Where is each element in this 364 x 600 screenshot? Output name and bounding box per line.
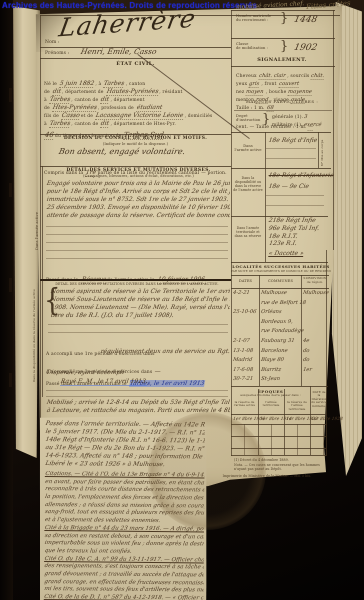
loc-bottom-rule <box>231 386 328 387</box>
blank-line <box>266 205 324 206</box>
etat-civil-title: ÉTAT CIVIL. <box>40 61 231 67</box>
corps-rule-bottom <box>231 262 328 263</box>
services-margin-rule <box>42 166 43 280</box>
margin-label-armee-active: Dans l'armée active <box>35 212 39 250</box>
loc-head-rule2 <box>231 288 329 289</box>
degre-militaire-value: exercé <box>304 122 322 128</box>
blank-line <box>266 195 324 196</box>
epoques-col2: l'armée territoriale <box>259 401 283 408</box>
footnote-2: Nota. — Ces cases ne concernent que les … <box>234 463 326 471</box>
services-title: DÉTAIL DES SERVICES ET MUTATIONS DIVERSE… <box>46 168 231 173</box>
decision-rule-bottom <box>40 166 231 167</box>
heavy-divider <box>40 279 231 281</box>
epoques-value-4: 1er 8bre 1928 <box>311 417 343 422</box>
ep-sub-vrule-3 <box>297 424 298 455</box>
decision-subtitle: (Indiquer le motif de la dispense.) <box>40 142 231 146</box>
matricule-value: 1448 <box>293 15 318 25</box>
footnote-1: (1) Décret du 4 décembre 1889. <box>234 458 326 462</box>
blank-line <box>46 390 228 391</box>
ep-sub-vrule-4 <box>323 424 324 455</box>
corps-dispo-value1: 18e Régt d'Infanterie <box>268 172 334 179</box>
ep-vrule-2 <box>284 389 285 455</box>
corps-rule-2 <box>231 168 331 169</box>
periode1-line2: régulièrement deux ans de service au Rgt… <box>100 348 231 355</box>
epoques-date-header: DATE de la libération du service militai… <box>311 391 327 408</box>
scanned-military-register-page: Nom : Laherrère Prénoms : Henri, Émile, … <box>0 0 364 600</box>
services-subtitle: (Campagnes, blessures, actions d'éclat, … <box>46 174 231 178</box>
localites-title: LOCALITÉS SUCCESSIVES HABITÉES <box>231 264 331 269</box>
ep-rule-1 <box>231 414 326 415</box>
frame-left <box>40 15 41 423</box>
prenoms-underline <box>40 58 231 59</box>
stitch-mark <box>9 373 12 387</box>
blank-line <box>266 158 316 159</box>
ep-vrule-1 <box>258 389 259 455</box>
signalement-lines: Cheveuxchât. clair, sourcilschât. yeuxgr… <box>236 62 332 102</box>
degre-militaire-label: militaire (1). <box>272 123 303 128</box>
localites-table-rows: 4-2-21MulhouseMulhouse rue de Belfort 18… <box>231 290 329 386</box>
ep-rule-bottom <box>231 455 326 456</box>
etat-civil-lines: Né le5 juin 1882, àTarbes, canton dedit,… <box>44 70 230 132</box>
blank-line <box>48 332 228 333</box>
corps-terr-values: 218e Régt Infie 96e Régt Tal Inf. 18e R.… <box>268 217 318 258</box>
classe-value: 1902 <box>293 43 318 53</box>
reserve-lines: Nommé aspirant de réserve à la Cie Terri… <box>50 288 230 320</box>
brace-glyph: } <box>262 112 270 127</box>
firstnames-handwritten: Henri, Émile, Casso <box>80 47 157 56</box>
blank-line <box>46 250 228 251</box>
services-lines: Engagé volontaire pour trois ans à la Ma… <box>46 180 230 220</box>
blank-line <box>46 396 228 397</box>
blank-line <box>48 324 228 325</box>
stitch-mark <box>9 88 12 102</box>
loc-col-dates: DATES <box>232 279 259 283</box>
epoques-subtitle: auxquelles l'homme devra passer dans : <box>231 394 310 397</box>
blank-line <box>266 148 316 149</box>
epoques-col1: la réserve de l'armée active <box>232 401 257 408</box>
archive-watermark: Archives des Hautes-Pyrénées. Droits de … <box>2 1 257 10</box>
firstnames-label: Prénoms : <box>45 51 69 56</box>
ep-sub-vrule-1 <box>244 424 245 455</box>
reserve-margin-rule <box>42 281 43 397</box>
brace-glyph: } <box>280 39 288 54</box>
corps-strip-label: N° Mle au corps <box>321 140 325 166</box>
epoques-col3: la réserve de l'armée territoriale <box>285 401 309 411</box>
mobilisation-lines: Mobilisé ; arrivé le 12-8-14 au Dépôt du… <box>46 399 230 415</box>
margin-label-disponibilite: Dans la disponibilité ou dans la réserve… <box>33 289 37 382</box>
ep-sub-vrule-2 <box>271 424 272 455</box>
territoriale-line2: Rayé E. M., le 17 avril 1913. <box>60 378 148 386</box>
stitch-mark <box>9 278 12 292</box>
citations-block: Citations. — Cité à l'O. de la 13e Briga… <box>43 471 204 600</box>
localites-subtitle: PAR SUITE DE CHANGEMENTS DE DOMICILE OU … <box>231 270 331 273</box>
decision-value: Bon absent, engagé volontaire. <box>58 147 186 156</box>
territorial-lines: Passé dans l'armée territoriale. — Affec… <box>45 420 205 469</box>
degre-box: Degréd'instruction : } générale (1). 3 m… <box>234 110 332 133</box>
degre-generale-label: générale (1). <box>272 115 303 120</box>
corps-dispo-label: Dans la disponibilité ou dans la réserve… <box>233 176 263 192</box>
blank-line <box>46 258 228 259</box>
blank-line <box>46 242 228 243</box>
classe-label: Classede mobilisation : <box>236 42 280 51</box>
footnote-3: Imprimerie du Ministère de la Marine. — … <box>208 474 326 478</box>
degre-generale-value: 3 <box>304 114 308 120</box>
blank-line <box>46 226 228 227</box>
corps-dispo-value2: 18e — 9e Cie <box>268 183 310 190</box>
decision-rule-top <box>40 134 231 135</box>
brace-glyph: } <box>280 11 288 26</box>
loc-col-subdiv: SUBDIVISION de région. <box>302 277 328 285</box>
corps-terr-label: Dans l'armée territoriale et dans sa rés… <box>233 226 263 238</box>
corps-active-value: 18e Régt d'Infie <box>268 137 318 144</box>
loc-col-communes: COMMUNES <box>260 279 301 283</box>
ep-rule-2 <box>231 424 326 425</box>
attached-slip: Passé dans l'armée territoriale. — Affec… <box>38 414 208 600</box>
stitch-mark <box>9 183 12 197</box>
reserve-header: DÉTAIL DES SERVICES ET MUTATIONS DIVERSE… <box>44 282 230 286</box>
corps-active-label: Dansl'armée active <box>232 144 264 153</box>
decision-title: DÉCISION DU CONSEIL DE RÉVISION ET MOTIF… <box>40 136 231 141</box>
degre-label: Degréd'instruction : <box>236 114 262 127</box>
blank-line <box>46 234 228 235</box>
frame-right <box>333 10 334 250</box>
corps-rule-top <box>231 132 331 133</box>
ep-rule-3 <box>231 436 326 437</box>
marques-label: MARQUES PARTICULIÈRES : <box>232 100 332 105</box>
ep-rule-4 <box>231 448 326 449</box>
matricule-label: Numéro matriculedu recrutement : <box>236 14 280 23</box>
corps-label-divider <box>265 132 266 262</box>
